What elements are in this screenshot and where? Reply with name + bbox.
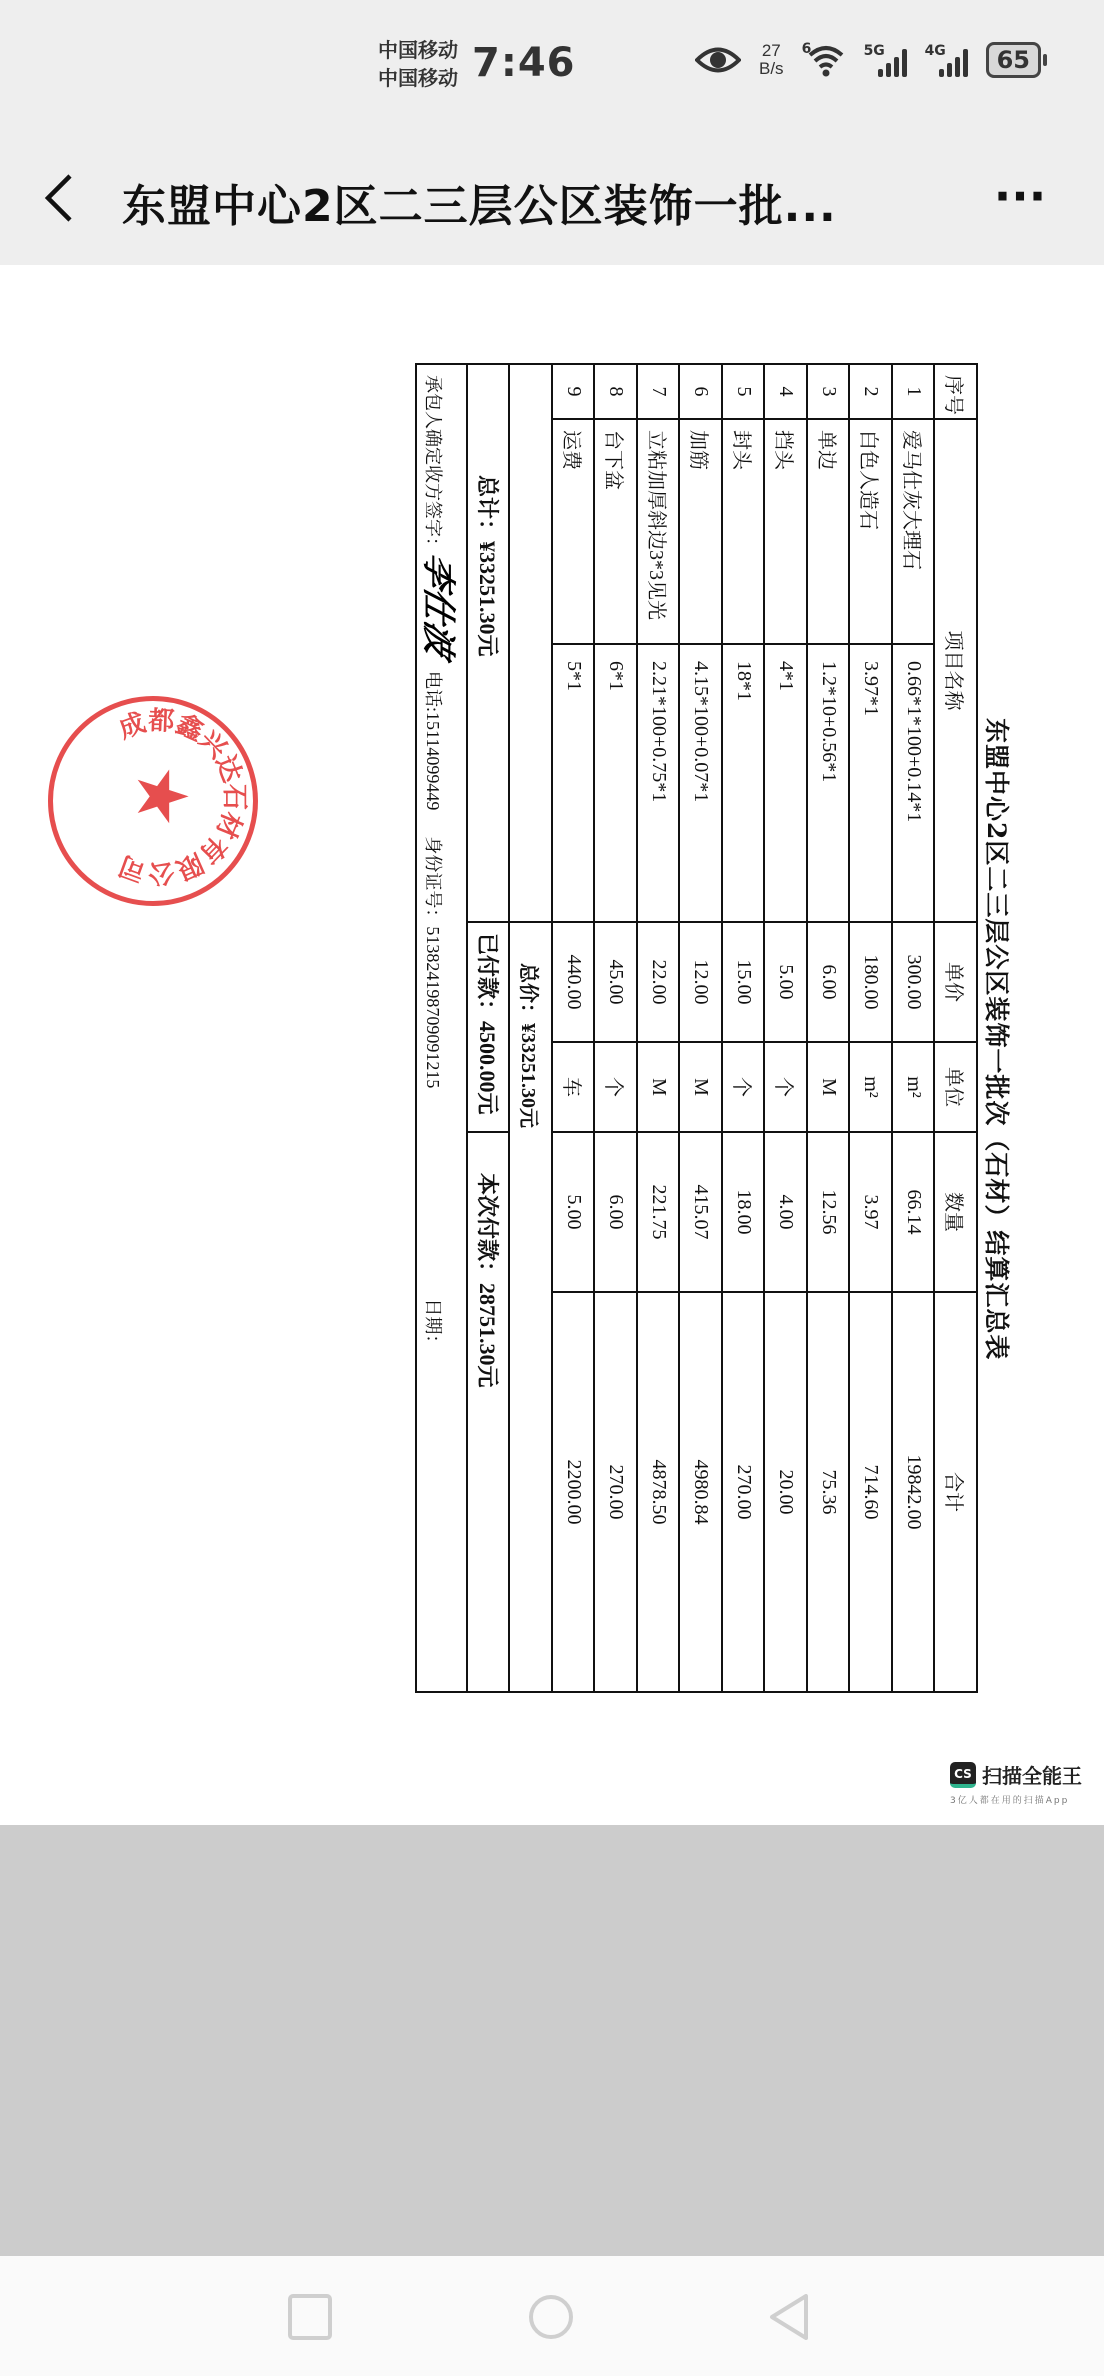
row-name: 单边	[807, 419, 850, 644]
row-unit: 个	[722, 1042, 765, 1132]
row-name: 加筋	[680, 419, 723, 644]
table-row: 8台下盆6*145.00个6.00270.00	[595, 364, 638, 1692]
row-no: 2	[850, 364, 893, 419]
row-subtotal: 75.36	[807, 1292, 850, 1692]
row-unit-price: 5.00	[765, 922, 808, 1042]
row-unit-price: 180.00	[850, 922, 893, 1042]
signature-label: 承包人确定收方签字：	[423, 375, 443, 555]
stamp-text: 成都鑫兴达石材有限公司	[53, 701, 253, 901]
row-no: 6	[680, 364, 723, 419]
header-no: 序号	[935, 364, 978, 419]
row-unit-price: 300.00	[892, 922, 935, 1042]
table-row: 5封头18*115.00个18.00270.00	[722, 364, 765, 1692]
camscanner-watermark: CS 扫描全能王 3亿人都在用的扫描App	[950, 1760, 1082, 1806]
more-button[interactable]: ···	[985, 170, 1055, 230]
row-name: 爱马仕灰大理石	[892, 419, 935, 644]
row-unit: 个	[595, 1042, 638, 1132]
status-bar: 中国移动 中国移动 7:46 27 B/s 6 5G 4G 65	[0, 0, 1104, 130]
camscanner-logo-icon: CS	[950, 1762, 976, 1788]
signal-4g-icon: 4G	[925, 43, 968, 77]
system-nav-bar	[0, 2256, 1104, 2376]
row-unit: 车	[552, 1042, 595, 1132]
header-unit: 单位	[935, 1042, 978, 1132]
row-subtotal: 2200.00	[552, 1292, 595, 1692]
row-quantity: 12.56	[807, 1132, 850, 1292]
wifi-icon: 6	[802, 43, 846, 77]
battery-icon: 65	[986, 42, 1041, 78]
total-price: 总价：¥33251.30元	[510, 922, 553, 1692]
row-quantity: 66.14	[892, 1132, 935, 1292]
row-name: 封头	[722, 419, 765, 644]
row-unit-price: 440.00	[552, 922, 595, 1042]
more-horizontal-icon: ···	[994, 169, 1046, 223]
row-spec: 18*1	[722, 644, 765, 922]
chevron-left-icon	[40, 168, 80, 228]
row-unit-price: 45.00	[595, 922, 638, 1042]
row-unit: m²	[892, 1042, 935, 1132]
system-back-button[interactable]	[768, 2294, 812, 2340]
signal-5g-icon: 5G	[864, 43, 907, 77]
back-icon	[768, 2294, 812, 2340]
summary-paid: 已付款：4500.00元	[467, 922, 510, 1132]
row-unit: M	[637, 1042, 680, 1132]
row-spec: 6*1	[595, 644, 638, 922]
settlement-table: 序号 项目名称 单价 单位 数量 合计 1爱马仕灰大理石0.66*1*100+0…	[415, 363, 978, 1693]
signature: 李仕波	[417, 548, 466, 663]
rotated-document: 东盟中心2区二三层公区装饰一批次（石材）结算汇总表 序号 项目名称 单价 单位 …	[368, 363, 978, 1693]
row-unit: 个	[765, 1042, 808, 1132]
summary-row: 总计：¥33251.30元已付款：4500.00元本次付款：28751.30元	[467, 364, 510, 1692]
table-row: 1爱马仕灰大理石0.66*1*100+0.14*1300.00m²66.1419…	[892, 364, 935, 1692]
row-name: 立粘加厚斜边3*3见光	[637, 419, 680, 644]
row-spec: 5*1	[552, 644, 595, 922]
net-speed: 27 B/s	[759, 42, 784, 78]
row-unit-price: 6.00	[807, 922, 850, 1042]
row-quantity: 6.00	[595, 1132, 638, 1292]
carrier-labels: 中国移动 中国移动	[378, 36, 458, 92]
table-row: 2白色人造石3.97*1180.00m²3.97714.60	[850, 364, 893, 1692]
total-price-row: 总价：¥33251.30元	[510, 364, 553, 1692]
row-subtotal: 270.00	[595, 1292, 638, 1692]
company-stamp: ★ 成都鑫兴达石材有限公司	[48, 696, 258, 906]
row-quantity: 3.97	[850, 1132, 893, 1292]
row-no: 4	[765, 364, 808, 419]
app-bar: 东盟中心2区二三层公区装饰一批... ···	[0, 130, 1104, 265]
row-no: 1	[892, 364, 935, 419]
page-title: 东盟中心2区二三层公区装饰一批...	[122, 170, 837, 234]
row-spec: 2.21*100+0.75*1	[637, 644, 680, 922]
row-quantity: 5.00	[552, 1132, 595, 1292]
status-icons: 27 B/s 6 5G 4G 65	[695, 42, 1041, 78]
carrier-2: 中国移动	[378, 64, 458, 92]
watermark-name: 扫描全能王	[982, 1760, 1082, 1789]
summary-total: 总计：¥33251.30元	[467, 364, 510, 922]
date-label: 日期：	[423, 1298, 443, 1352]
signature-row: 承包人确定收方签字：李仕波电话:15114099449身份证号：51382419…	[416, 364, 467, 1692]
table-header: 序号 项目名称 单价 单位 数量 合计	[935, 364, 978, 1692]
recent-apps-button[interactable]	[288, 2294, 332, 2340]
home-icon	[528, 2294, 574, 2340]
row-name: 挡头	[765, 419, 808, 644]
row-subtotal: 270.00	[722, 1292, 765, 1692]
row-subtotal: 714.60	[850, 1292, 893, 1692]
row-name: 运费	[552, 419, 595, 644]
row-unit: M	[807, 1042, 850, 1132]
row-subtotal: 19842.00	[892, 1292, 935, 1692]
row-unit: m²	[850, 1042, 893, 1132]
row-quantity: 221.75	[637, 1132, 680, 1292]
table-row: 3单边1.2*10+0.56*16.00M12.5675.36	[807, 364, 850, 1692]
summary-this-payment: 本次付款：28751.30元	[467, 1132, 510, 1692]
document-title: 东盟中心2区二三层公区装饰一批次（石材）结算汇总表	[980, 718, 1016, 1360]
eye-icon	[695, 45, 741, 75]
row-no: 9	[552, 364, 595, 419]
row-spec: 3.97*1	[850, 644, 893, 922]
table-row: 7立粘加厚斜边3*3见光2.21*100+0.75*122.00M221.754…	[637, 364, 680, 1692]
id-number: 身份证号：513824198709091215	[423, 836, 443, 1088]
table-row: 4挡头4*15.00个4.0020.00	[765, 364, 808, 1692]
watermark-tagline: 3亿人都在用的扫描App	[950, 1793, 1082, 1806]
row-quantity: 415.07	[680, 1132, 723, 1292]
row-subtotal: 4878.50	[637, 1292, 680, 1692]
back-button[interactable]	[40, 168, 80, 228]
star-icon: ★	[127, 765, 197, 828]
table-row: 9运费5*1440.00车5.002200.00	[552, 364, 595, 1692]
carrier-1: 中国移动	[378, 36, 458, 64]
row-spec: 0.66*1*100+0.14*1	[892, 644, 935, 922]
row-subtotal: 20.00	[765, 1292, 808, 1692]
row-spec: 4*1	[765, 644, 808, 922]
header-subtotal: 合计	[935, 1292, 978, 1692]
document-viewer[interactable]: 东盟中心2区二三层公区装饰一批次（石材）结算汇总表 序号 项目名称 单价 单位 …	[0, 265, 1104, 1825]
recent-apps-icon	[288, 2294, 332, 2340]
row-unit-price: 22.00	[637, 922, 680, 1042]
phone: 电话:15114099449	[423, 671, 443, 810]
row-no: 8	[595, 364, 638, 419]
row-no: 7	[637, 364, 680, 419]
row-name: 白色人造石	[850, 419, 893, 644]
row-unit-price: 15.00	[722, 922, 765, 1042]
row-no: 5	[722, 364, 765, 419]
row-name: 台下盆	[595, 419, 638, 644]
header-unit-price: 单价	[935, 922, 978, 1042]
row-unit: M	[680, 1042, 723, 1132]
row-quantity: 4.00	[765, 1132, 808, 1292]
header-name: 项目名称	[935, 419, 978, 922]
home-button[interactable]	[528, 2294, 572, 2340]
row-spec: 1.2*10+0.56*1	[807, 644, 850, 922]
row-subtotal: 4980.84	[680, 1292, 723, 1692]
row-spec: 4.15*100+0.07*1	[680, 644, 723, 922]
table-row: 6加筋4.15*100+0.07*112.00M415.074980.84	[680, 364, 723, 1692]
row-no: 3	[807, 364, 850, 419]
row-unit-price: 12.00	[680, 922, 723, 1042]
header-quantity: 数量	[935, 1132, 978, 1292]
row-quantity: 18.00	[722, 1132, 765, 1292]
clock: 7:46	[472, 40, 576, 86]
